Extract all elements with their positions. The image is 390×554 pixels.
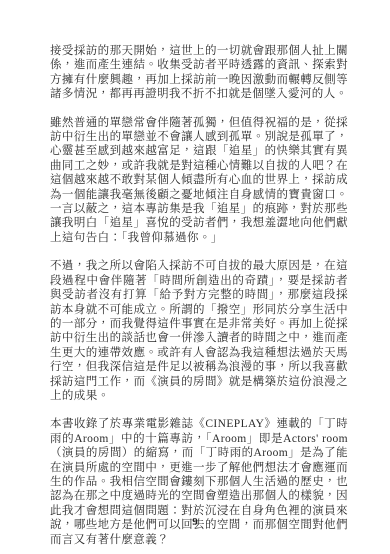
page-number: 9 — [0, 516, 390, 528]
body-text: 接受採訪的那天開始，這世上的一切就會跟那個人扯上關係，進而產生連結。收集受訪者平… — [50, 44, 348, 547]
paragraph-2: 雖然普通的單戀常會伴隨著孤獨，但值得祝福的是，從採訪中衍生出的單戀並不會讓人感到… — [50, 116, 348, 246]
paragraph-3: 不過，我之所以會陷入採訪不可自拔的最大原因是，在這段過程中會伴隨著「時間所創造出… — [50, 259, 348, 403]
book-page: 接受採訪的那天開始，這世上的一切就會跟那個人扯上關係，進而產生連結。收集受訪者平… — [0, 0, 390, 554]
paragraph-1: 接受採訪的那天開始，這世上的一切就會跟那個人扯上關係，進而產生連結。收集受訪者平… — [50, 44, 348, 102]
